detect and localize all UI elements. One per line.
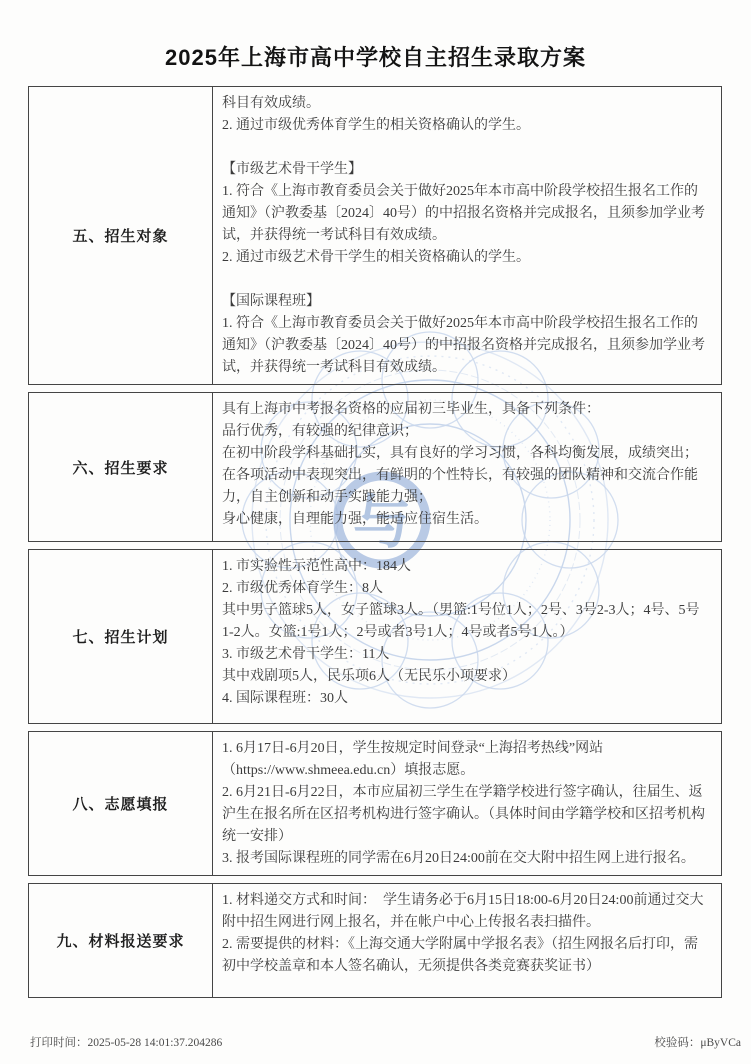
paragraph: 【市级艺术骨干学生】 xyxy=(222,159,711,181)
row-content: 1. 市实验性示范性高中：184人2. 市级优秀体育学生：8人其中男子篮球5人，… xyxy=(213,550,721,723)
paragraph: 具有上海市中考报名资格的应届初三毕业生，具备下列条件： xyxy=(222,399,711,421)
row-content: 科目有效成绩。2. 通过市级优秀体育学生的相关资格确认的学生。【市级艺术骨干学生… xyxy=(213,87,721,384)
table-row: 九、材料报送要求1. 材料递交方式和时间： 学生请务必于6月15日18:00-6… xyxy=(28,883,722,998)
paragraph: 3. 报考国际课程班的同学需在6月20日24:00前在交大附中招生网上进行报名。 xyxy=(222,848,711,870)
paragraph: 在初中阶段学科基础扎实，具有良好的学习习惯，各科均衡发展，成绩突出； xyxy=(222,443,711,465)
print-time-value: 2025-05-28 14:01:37.204286 xyxy=(88,1037,223,1049)
table-row: 八、志愿填报1. 6月17日-6月20日，学生按规定时间登录“上海招考热线”网站… xyxy=(28,731,722,876)
admission-table: 五、招生对象科目有效成绩。2. 通过市级优秀体育学生的相关资格确认的学生。【市级… xyxy=(28,86,722,1005)
document-page: { "page": { "title": "2025年上海市高中学校自主招生录取… xyxy=(0,0,751,1064)
paragraph: 身心健康，自理能力强，能适应住宿生活。 xyxy=(222,509,711,531)
row-label: 九、材料报送要求 xyxy=(29,884,213,997)
paragraph: 【国际课程班】 xyxy=(222,291,711,313)
checksum-value: μByVCa xyxy=(700,1037,741,1049)
row-label: 六、招生要求 xyxy=(29,393,213,541)
paragraph: 3. 市级艺术骨干学生：11人 xyxy=(222,644,711,666)
row-content: 1. 6月17日-6月20日，学生按规定时间登录“上海招考热线”网站（https… xyxy=(213,732,721,875)
paragraph: 1. 材料递交方式和时间： 学生请务必于6月15日18:00-6月20日24:0… xyxy=(222,890,711,934)
paragraph: 1. 符合《上海市教育委员会关于做好2025年本市高中阶段学校招生报名工作的通知… xyxy=(222,313,711,379)
table-row: 七、招生计划1. 市实验性示范性高中：184人2. 市级优秀体育学生：8人其中男… xyxy=(28,549,722,724)
paragraph: 1. 市实验性示范性高中：184人 xyxy=(222,556,711,578)
row-content: 具有上海市中考报名资格的应届初三毕业生，具备下列条件：品行优秀，有较强的纪律意识… xyxy=(213,393,721,541)
row-label: 五、招生对象 xyxy=(29,87,213,384)
paragraph: 2. 通过市级艺术骨干学生的相关资格确认的学生。 xyxy=(222,247,711,269)
checksum: 校验码：μByVCa xyxy=(654,1034,741,1050)
page-footer: 打印时间：2025-05-28 14:01:37.204286 校验码：μByV… xyxy=(30,1034,741,1050)
paragraph: 2. 通过市级优秀体育学生的相关资格确认的学生。 xyxy=(222,115,711,137)
row-label: 八、志愿填报 xyxy=(29,732,213,875)
paragraph: 4. 国际课程班：30人 xyxy=(222,688,711,710)
paragraph: 其中男子篮球5人，女子篮球3人。（男篮:1号位1人；2号、3号2-3人；4号、5… xyxy=(222,600,711,644)
page-title: 2025年上海市高中学校自主招生录取方案 xyxy=(0,41,751,72)
blank-line xyxy=(222,137,711,159)
paragraph: （https://www.shmeea.edu.cn）填报志愿。 xyxy=(222,760,711,782)
paragraph: 2. 需要提供的材料：《上海交通大学附属中学报名表》（招生网报名后打印，需初中学… xyxy=(222,934,711,978)
paragraph: 1. 符合《上海市教育委员会关于做好2025年本市高中阶段学校招生报名工作的通知… xyxy=(222,181,711,247)
paragraph: 其中戏剧项5人，民乐项6人（无民乐小项要求） xyxy=(222,666,711,688)
table-row: 五、招生对象科目有效成绩。2. 通过市级优秀体育学生的相关资格确认的学生。【市级… xyxy=(28,86,722,385)
row-label: 七、招生计划 xyxy=(29,550,213,723)
paragraph: 2. 市级优秀体育学生：8人 xyxy=(222,578,711,600)
row-content: 1. 材料递交方式和时间： 学生请务必于6月15日18:00-6月20日24:0… xyxy=(213,884,721,997)
paragraph: 在各项活动中表现突出，有鲜明的个性特长，有较强的团队精神和交流合作能力，自主创新… xyxy=(222,465,711,509)
paragraph: 科目有效成绩。 xyxy=(222,93,711,115)
paragraph: 品行优秀，有较强的纪律意识； xyxy=(222,421,711,443)
paragraph: 2. 6月21日-6月22日，本市应届初三学生在学籍学校进行签字确认，往届生、返… xyxy=(222,782,711,848)
print-time-label: 打印时间： xyxy=(30,1037,88,1049)
checksum-label: 校验码： xyxy=(654,1037,700,1049)
print-time: 打印时间：2025-05-28 14:01:37.204286 xyxy=(30,1034,222,1050)
table-row: 六、招生要求具有上海市中考报名资格的应届初三毕业生，具备下列条件：品行优秀，有较… xyxy=(28,392,722,542)
blank-line xyxy=(222,269,711,291)
paragraph: 1. 6月17日-6月20日，学生按规定时间登录“上海招考热线”网站 xyxy=(222,738,711,760)
